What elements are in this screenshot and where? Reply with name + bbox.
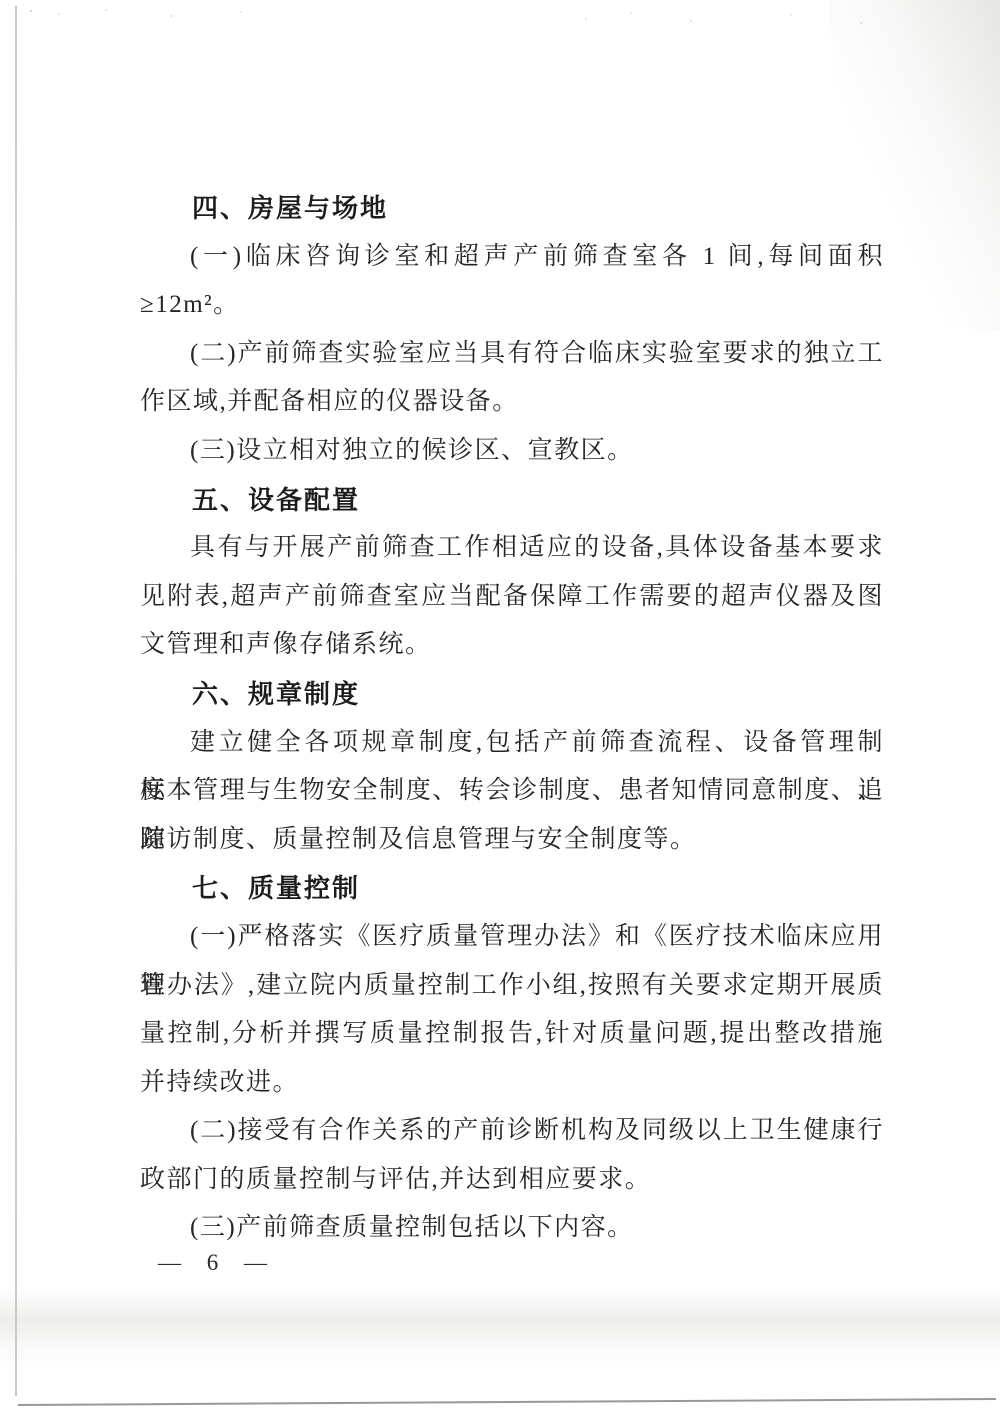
text-line: 随访制度、质量控制及信息管理与安全制度等。 — [140, 816, 884, 865]
text-line: 量控制,分析并撰写质量控制报告,针对质量问题,提出整改措施 — [140, 1010, 884, 1059]
text-line: (二)接受有合作关系的产前诊断机构及同级以上卫生健康行 — [140, 1107, 884, 1156]
text-line: 并持续改进。 — [140, 1059, 884, 1108]
scan-bottom-shading — [0, 1288, 1000, 1368]
text-line: 标本管理与生物安全制度、转会诊制度、患者知情同意制度、追踪 — [140, 767, 884, 816]
page-number: — 6 — — [158, 1250, 269, 1276]
text-line: 具有与开展产前筛查工作相适应的设备,具体设备基本要求 — [140, 524, 884, 573]
text-line: (一)严格落实《医疗质量管理办法》和《医疗技术临床应用管 — [140, 913, 884, 962]
text-line: (一)临床咨询诊室和超声产前筛查室各 1 间,每间面积 — [140, 233, 884, 282]
section-heading-quality: 七、质量控制 — [140, 864, 884, 913]
text-line: 文管理和声像存储系统。 — [140, 621, 884, 670]
text-line: (三)设立相对独立的候诊区、宣教区。 — [140, 427, 884, 476]
text-line: 理办法》,建立院内质量控制工作小组,按照有关要求定期开展质 — [140, 962, 884, 1011]
section-heading-rules: 六、规章制度 — [140, 670, 884, 719]
text-line: ≥12m²。 — [140, 281, 884, 330]
page-content: 四、房屋与场地 (一)临床咨询诊室和超声产前筛查室各 1 间,每间面积 ≥12m… — [140, 184, 884, 1253]
text-line: 建立健全各项规章制度,包括产前筛查流程、设备管理制度、 — [140, 719, 884, 768]
scan-left-edge-line — [15, 6, 17, 1396]
scan-noise-specks — [30, 10, 32, 12]
text-line: 政部门的质量控制与评估,并达到相应要求。 — [140, 1156, 884, 1205]
section-heading-equipment: 五、设备配置 — [140, 476, 884, 525]
text-line: (二)产前筛查实验室应当具有符合临床实验室要求的独立工 — [140, 330, 884, 379]
text-line: (三)产前筛查质量控制包括以下内容。 — [140, 1204, 884, 1253]
scanned-page: { "document": { "lines": [ { "text": "四、… — [0, 0, 1000, 1415]
text-line: 作区域,并配备相应的仪器设备。 — [140, 378, 884, 427]
scan-bottom-edge-line — [18, 1398, 996, 1406]
section-heading-housing: 四、房屋与场地 — [140, 184, 884, 233]
text-line: 见附表,超声产前筛查室应当配备保障工作需要的超声仪器及图 — [140, 573, 884, 622]
